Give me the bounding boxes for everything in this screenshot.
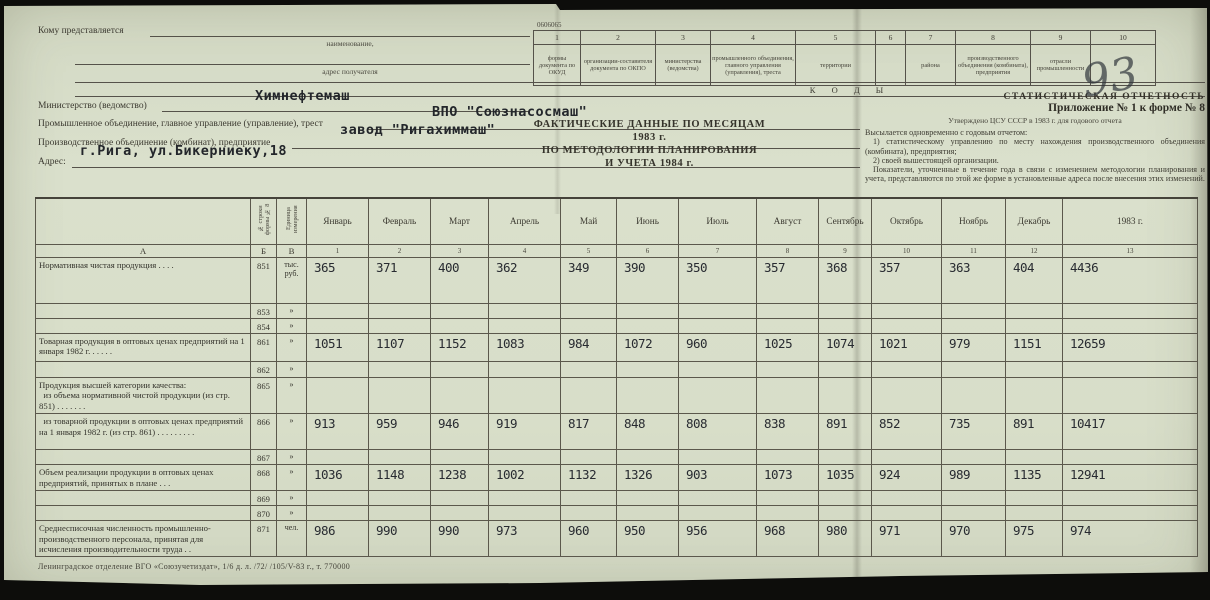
value-cell: 4436 bbox=[1063, 258, 1198, 304]
row-number: 861 bbox=[251, 334, 277, 362]
month-header: Июль bbox=[679, 198, 757, 245]
col-number: 3 bbox=[431, 245, 489, 258]
value-cell: 980 bbox=[819, 521, 872, 557]
value-cell bbox=[1063, 362, 1198, 378]
value-cell bbox=[942, 319, 1006, 334]
codes-col-num: 3 bbox=[656, 31, 711, 45]
value-cell bbox=[679, 319, 757, 334]
codes-col-label: производственного объединения (комбината… bbox=[956, 45, 1031, 86]
note-line: Высылается одновременно с годовым отчето… bbox=[865, 128, 1205, 137]
value-cell: 368 bbox=[819, 258, 872, 304]
value-cell bbox=[617, 450, 679, 465]
row-label bbox=[36, 506, 251, 521]
month-header: Октябрь bbox=[872, 198, 942, 245]
value-cell bbox=[431, 450, 489, 465]
value-cell bbox=[307, 362, 369, 378]
value-cell bbox=[617, 304, 679, 319]
value-cell: 971 bbox=[872, 521, 942, 557]
codes-col-num: 6 bbox=[876, 31, 906, 45]
codes-col-label: района bbox=[906, 45, 956, 86]
codes-col-num: 7 bbox=[906, 31, 956, 45]
month-header: Май bbox=[561, 198, 617, 245]
value-cell bbox=[489, 362, 561, 378]
month-header: Сентябрь bbox=[819, 198, 872, 245]
value-cell bbox=[561, 304, 617, 319]
row-label: Товарная продукция в оптовых ценах предп… bbox=[36, 334, 251, 362]
value-cell bbox=[819, 506, 872, 521]
table-row: Среднесписочная численность промышленно-… bbox=[36, 521, 1198, 557]
value-cell bbox=[617, 362, 679, 378]
table-row: 854» bbox=[36, 319, 1198, 334]
value-cell bbox=[1063, 491, 1198, 506]
value-cell bbox=[489, 450, 561, 465]
value-cell bbox=[369, 450, 431, 465]
to-whom-line bbox=[150, 22, 530, 37]
value-cell bbox=[1006, 362, 1063, 378]
row-label: Объем реализации продукции в оптовых цен… bbox=[36, 465, 251, 491]
value-cell bbox=[431, 362, 489, 378]
value-cell: 12941 bbox=[1063, 465, 1198, 491]
codes-col-label: промышленного объединения, главного упра… bbox=[711, 45, 796, 86]
value-cell: 1132 bbox=[561, 465, 617, 491]
codes-col-num: 1 bbox=[534, 31, 581, 45]
union-label: Промышленное объединение, главное управл… bbox=[38, 119, 323, 129]
col-letter-v: В bbox=[277, 245, 307, 258]
value-cell bbox=[489, 378, 561, 414]
value-cell: 968 bbox=[757, 521, 819, 557]
imprint: Ленинградское отделение ВГО «Союзучетизд… bbox=[38, 562, 350, 571]
value-cell: 1151 bbox=[1006, 334, 1063, 362]
value-cell bbox=[561, 506, 617, 521]
value-cell: 363 bbox=[942, 258, 1006, 304]
value-cell bbox=[307, 450, 369, 465]
row-num-col-header-text: № строки формы № 8 bbox=[257, 200, 271, 238]
value-cell: 903 bbox=[679, 465, 757, 491]
approved-line: Утверждено ЦСУ СССР в 1983 г. для годово… bbox=[865, 116, 1205, 125]
note-line: Показатели, уточненные в течение года в … bbox=[865, 165, 1205, 184]
value-cell: 735 bbox=[942, 414, 1006, 450]
month-header: Август bbox=[757, 198, 819, 245]
table-row: Объем реализации продукции в оптовых цен… bbox=[36, 465, 1198, 491]
ministry-label: Министерство (ведомство) bbox=[38, 101, 147, 111]
value-cell: 1036 bbox=[307, 465, 369, 491]
value-cell: 956 bbox=[679, 521, 757, 557]
note-line: 2) своей вышестоящей организации. bbox=[865, 156, 1205, 165]
value-cell bbox=[561, 319, 617, 334]
value-cell: 989 bbox=[942, 465, 1006, 491]
value-cell: 960 bbox=[679, 334, 757, 362]
col-number: 8 bbox=[757, 245, 819, 258]
value-cell: 404 bbox=[1006, 258, 1063, 304]
value-cell bbox=[561, 378, 617, 414]
value-cell: 838 bbox=[757, 414, 819, 450]
col-number: 12 bbox=[1006, 245, 1063, 258]
value-cell: 390 bbox=[617, 258, 679, 304]
report-title-line2: ПО МЕТОДОЛОГИИ ПЛАНИРОВАНИЯ bbox=[522, 144, 777, 157]
value-cell bbox=[679, 450, 757, 465]
codes-col-label: территории bbox=[796, 45, 876, 86]
value-cell bbox=[872, 304, 942, 319]
value-cell: 1152 bbox=[431, 334, 489, 362]
value-cell bbox=[679, 491, 757, 506]
row-number: 868 bbox=[251, 465, 277, 491]
approval-notes: Высылается одновременно с годовым отчето… bbox=[865, 128, 1205, 184]
codes-col-label: министерства (ведомства) bbox=[656, 45, 711, 86]
value-cell: 924 bbox=[872, 465, 942, 491]
note-line: 1) статистическому управлению по месту н… bbox=[865, 137, 1205, 156]
codes-label-row: формы документа по ОКУДорганизации-соста… bbox=[534, 45, 1156, 86]
value-cell bbox=[369, 362, 431, 378]
value-cell: 852 bbox=[872, 414, 942, 450]
col-number: 7 bbox=[679, 245, 757, 258]
value-cell bbox=[1063, 319, 1198, 334]
value-cell: 1051 bbox=[307, 334, 369, 362]
row-label bbox=[36, 304, 251, 319]
value-cell: 1021 bbox=[872, 334, 942, 362]
row-unit: чел. bbox=[277, 521, 307, 557]
value-cell: 990 bbox=[369, 521, 431, 557]
month-header: Январь bbox=[307, 198, 369, 245]
value-cell bbox=[872, 362, 942, 378]
value-cell bbox=[757, 506, 819, 521]
value-cell: 973 bbox=[489, 521, 561, 557]
value-cell bbox=[819, 304, 872, 319]
value-cell bbox=[489, 304, 561, 319]
value-cell bbox=[757, 304, 819, 319]
value-cell: 400 bbox=[431, 258, 489, 304]
value-cell: 371 bbox=[369, 258, 431, 304]
col-number: 13 bbox=[1063, 245, 1198, 258]
codes-col-num: 8 bbox=[956, 31, 1031, 45]
row-label: из товарной продукции в оптовых ценах пр… bbox=[36, 414, 251, 450]
value-cell bbox=[819, 378, 872, 414]
value-cell bbox=[431, 491, 489, 506]
month-header: Март bbox=[431, 198, 489, 245]
value-cell bbox=[942, 378, 1006, 414]
row-unit: » bbox=[277, 362, 307, 378]
value-cell bbox=[561, 450, 617, 465]
value-cell bbox=[872, 378, 942, 414]
value-cell: 1148 bbox=[369, 465, 431, 491]
value-cell: 1107 bbox=[369, 334, 431, 362]
value-cell bbox=[757, 319, 819, 334]
row-unit: » bbox=[277, 304, 307, 319]
row-unit: » bbox=[277, 414, 307, 450]
value-cell: 357 bbox=[872, 258, 942, 304]
value-cell bbox=[489, 506, 561, 521]
value-cell bbox=[872, 319, 942, 334]
report-title-line1: ФАКТИЧЕСКИЕ ДАННЫЕ ПО МЕСЯЦАМ 1983 г. bbox=[522, 118, 777, 144]
value-cell bbox=[942, 491, 1006, 506]
report-title-line3: И УЧЕТА 1984 г. bbox=[522, 157, 777, 170]
codes-table: 12345678910 формы документа по ОКУДорган… bbox=[533, 30, 1156, 86]
address-label: Адрес: bbox=[38, 157, 66, 167]
value-cell bbox=[369, 304, 431, 319]
value-cell bbox=[561, 491, 617, 506]
value-cell bbox=[757, 378, 819, 414]
value-cell: 365 bbox=[307, 258, 369, 304]
value-cell bbox=[617, 319, 679, 334]
row-number: 870 bbox=[251, 506, 277, 521]
value-cell bbox=[431, 506, 489, 521]
col-number: 9 bbox=[819, 245, 872, 258]
value-cell: 950 bbox=[617, 521, 679, 557]
value-cell: 362 bbox=[489, 258, 561, 304]
value-cell bbox=[942, 450, 1006, 465]
codes-num-row: 12345678910 bbox=[534, 31, 1156, 45]
label-col-header bbox=[36, 198, 251, 245]
value-cell bbox=[819, 319, 872, 334]
form-number: 0606065 bbox=[537, 21, 562, 29]
month-header: Ноябрь bbox=[942, 198, 1006, 245]
value-cell: 891 bbox=[1006, 414, 1063, 450]
approval-block: СТАТИСТИЧЕСКАЯ ОТЧЕТНОСТЬ Приложение № 1… bbox=[865, 92, 1205, 184]
codes-col-num: 9 bbox=[1031, 31, 1091, 45]
row-number: 854 bbox=[251, 319, 277, 334]
table-row: 870» bbox=[36, 506, 1198, 521]
value-cell bbox=[431, 378, 489, 414]
row-number: 865 bbox=[251, 378, 277, 414]
value-cell bbox=[819, 362, 872, 378]
value-cell bbox=[1006, 319, 1063, 334]
value-cell: 919 bbox=[489, 414, 561, 450]
value-cell: 959 bbox=[369, 414, 431, 450]
row-num-col-header: № строки формы № 8 bbox=[251, 198, 277, 245]
table-row: Товарная продукция в оптовых ценах предп… bbox=[36, 334, 1198, 362]
value-cell bbox=[307, 378, 369, 414]
value-cell: 349 bbox=[561, 258, 617, 304]
value-cell bbox=[872, 491, 942, 506]
value-cell bbox=[679, 304, 757, 319]
value-cell: 848 bbox=[617, 414, 679, 450]
unit-col-header-text: Единица измерения bbox=[285, 200, 299, 238]
value-cell bbox=[1006, 378, 1063, 414]
codes-col-num: 5 bbox=[796, 31, 876, 45]
value-cell: 1072 bbox=[617, 334, 679, 362]
value-cell bbox=[1006, 506, 1063, 521]
statistical-reporting-label: СТАТИСТИЧЕСКАЯ ОТЧЕТНОСТЬ bbox=[865, 92, 1205, 102]
value-cell: 1238 bbox=[431, 465, 489, 491]
value-cell: 986 bbox=[307, 521, 369, 557]
month-header: Апрель bbox=[489, 198, 561, 245]
value-cell: 984 bbox=[561, 334, 617, 362]
value-cell: 990 bbox=[431, 521, 489, 557]
report-title: ФАКТИЧЕСКИЕ ДАННЫЕ ПО МЕСЯЦАМ 1983 г. ПО… bbox=[522, 118, 777, 170]
value-cell bbox=[819, 491, 872, 506]
value-cell: 913 bbox=[307, 414, 369, 450]
col-number: 10 bbox=[872, 245, 942, 258]
col-number: 1 bbox=[307, 245, 369, 258]
value-cell: 350 bbox=[679, 258, 757, 304]
value-cell bbox=[1006, 491, 1063, 506]
col-letter-a: А bbox=[36, 245, 251, 258]
value-cell bbox=[679, 506, 757, 521]
col-number: 2 bbox=[369, 245, 431, 258]
value-cell bbox=[561, 362, 617, 378]
value-cell bbox=[757, 491, 819, 506]
table-row: из товарной продукции в оптовых ценах пр… bbox=[36, 414, 1198, 450]
value-cell: 970 bbox=[942, 521, 1006, 557]
row-unit: » bbox=[277, 450, 307, 465]
value-cell: 979 bbox=[942, 334, 1006, 362]
value-cell: 960 bbox=[561, 521, 617, 557]
address-line bbox=[75, 52, 530, 65]
codes-col-num: 2 bbox=[581, 31, 656, 45]
col-number: 4 bbox=[489, 245, 561, 258]
name-caption: наименование, bbox=[230, 39, 470, 48]
row-unit: » bbox=[277, 334, 307, 362]
value-cell: 1035 bbox=[819, 465, 872, 491]
value-cell: 1326 bbox=[617, 465, 679, 491]
value-cell: 1025 bbox=[757, 334, 819, 362]
value-cell bbox=[369, 319, 431, 334]
value-cell bbox=[617, 491, 679, 506]
row-label: Среднесписочная численность промышленно-… bbox=[36, 521, 251, 557]
value-cell bbox=[872, 506, 942, 521]
row-number: 866 bbox=[251, 414, 277, 450]
row-number: 862 bbox=[251, 362, 277, 378]
value-cell: 946 bbox=[431, 414, 489, 450]
value-cell bbox=[1006, 450, 1063, 465]
month-header: Декабрь bbox=[1006, 198, 1063, 245]
annex-form-label: Приложение № 1 к форме № 8 bbox=[865, 102, 1205, 114]
value-cell: 817 bbox=[561, 414, 617, 450]
table-row: Продукция высшей категории качества: из … bbox=[36, 378, 1198, 414]
row-unit: » bbox=[277, 506, 307, 521]
row-label bbox=[36, 319, 251, 334]
value-cell bbox=[872, 450, 942, 465]
value-cell: 1074 bbox=[819, 334, 872, 362]
value-cell bbox=[489, 491, 561, 506]
row-unit: » bbox=[277, 491, 307, 506]
value-cell bbox=[757, 450, 819, 465]
row-unit: » bbox=[277, 319, 307, 334]
value-cell bbox=[369, 506, 431, 521]
value-cell: 1135 bbox=[1006, 465, 1063, 491]
row-label bbox=[36, 450, 251, 465]
row-number: 851 bbox=[251, 258, 277, 304]
row-label: Продукция высшей категории качества: из … bbox=[36, 378, 251, 414]
codes-col-num: 4 bbox=[711, 31, 796, 45]
value-cell bbox=[1006, 304, 1063, 319]
codes-col-label: формы документа по ОКУД bbox=[534, 45, 581, 86]
col-number: 5 bbox=[561, 245, 617, 258]
table-row: 853» bbox=[36, 304, 1198, 319]
value-cell bbox=[1063, 378, 1198, 414]
table-row: 867» bbox=[36, 450, 1198, 465]
row-unit: » bbox=[277, 465, 307, 491]
codes-col-label: организации-составителя документа по ОКП… bbox=[581, 45, 656, 86]
month-header: Февраль bbox=[369, 198, 431, 245]
value-cell: 891 bbox=[819, 414, 872, 450]
month-header: Июнь bbox=[617, 198, 679, 245]
col-letter-b: Б bbox=[251, 245, 277, 258]
value-cell bbox=[307, 319, 369, 334]
value-cell bbox=[757, 362, 819, 378]
table-row: 869» bbox=[36, 491, 1198, 506]
value-cell bbox=[1063, 506, 1198, 521]
value-cell bbox=[431, 319, 489, 334]
value-cell bbox=[307, 491, 369, 506]
value-cell bbox=[617, 506, 679, 521]
row-unit: » bbox=[277, 378, 307, 414]
value-cell: 357 bbox=[757, 258, 819, 304]
value-cell bbox=[307, 506, 369, 521]
value-cell bbox=[369, 491, 431, 506]
value-cell bbox=[431, 304, 489, 319]
value-cell: 12659 bbox=[1063, 334, 1198, 362]
row-number: 867 bbox=[251, 450, 277, 465]
value-cell bbox=[942, 506, 1006, 521]
codes-col-num: 10 bbox=[1091, 31, 1156, 45]
row-label bbox=[36, 362, 251, 378]
row-label bbox=[36, 491, 251, 506]
row-label: Нормативная чистая продукция . . . . bbox=[36, 258, 251, 304]
value-cell bbox=[1063, 304, 1198, 319]
value-cell bbox=[679, 378, 757, 414]
value-cell: 10417 bbox=[1063, 414, 1198, 450]
col-number: 11 bbox=[942, 245, 1006, 258]
value-cell bbox=[819, 450, 872, 465]
value-cell bbox=[369, 378, 431, 414]
value-cell: 1073 bbox=[757, 465, 819, 491]
value-cell bbox=[942, 304, 1006, 319]
value-cell bbox=[679, 362, 757, 378]
value-cell bbox=[489, 319, 561, 334]
table-row: 862» bbox=[36, 362, 1198, 378]
value-cell bbox=[617, 378, 679, 414]
value-cell: 1002 bbox=[489, 465, 561, 491]
row-number: 869 bbox=[251, 491, 277, 506]
main-table: № строки формы № 8Единица измеренияЯнвар… bbox=[35, 197, 1198, 557]
row-number: 853 bbox=[251, 304, 277, 319]
col-number: 6 bbox=[617, 245, 679, 258]
value-cell bbox=[307, 304, 369, 319]
codes-col-label bbox=[876, 45, 906, 86]
value-cell bbox=[1063, 450, 1198, 465]
handwritten-mark: 93 bbox=[1078, 48, 1142, 108]
paper-sheet: Кому представляется наименование, адрес … bbox=[0, 0, 1210, 600]
month-header: 1983 г. bbox=[1063, 198, 1198, 245]
value-cell: 808 bbox=[679, 414, 757, 450]
table-row: Нормативная чистая продукция . . . .851т… bbox=[36, 258, 1198, 304]
row-number: 871 bbox=[251, 521, 277, 557]
value-cell: 975 bbox=[1006, 521, 1063, 557]
value-cell bbox=[942, 362, 1006, 378]
value-cell: 1083 bbox=[489, 334, 561, 362]
value-cell: 974 bbox=[1063, 521, 1198, 557]
unit-col-header: Единица измерения bbox=[277, 198, 307, 245]
to-whom-label: Кому представляется bbox=[38, 26, 124, 36]
row-unit: тыс. руб. bbox=[277, 258, 307, 304]
